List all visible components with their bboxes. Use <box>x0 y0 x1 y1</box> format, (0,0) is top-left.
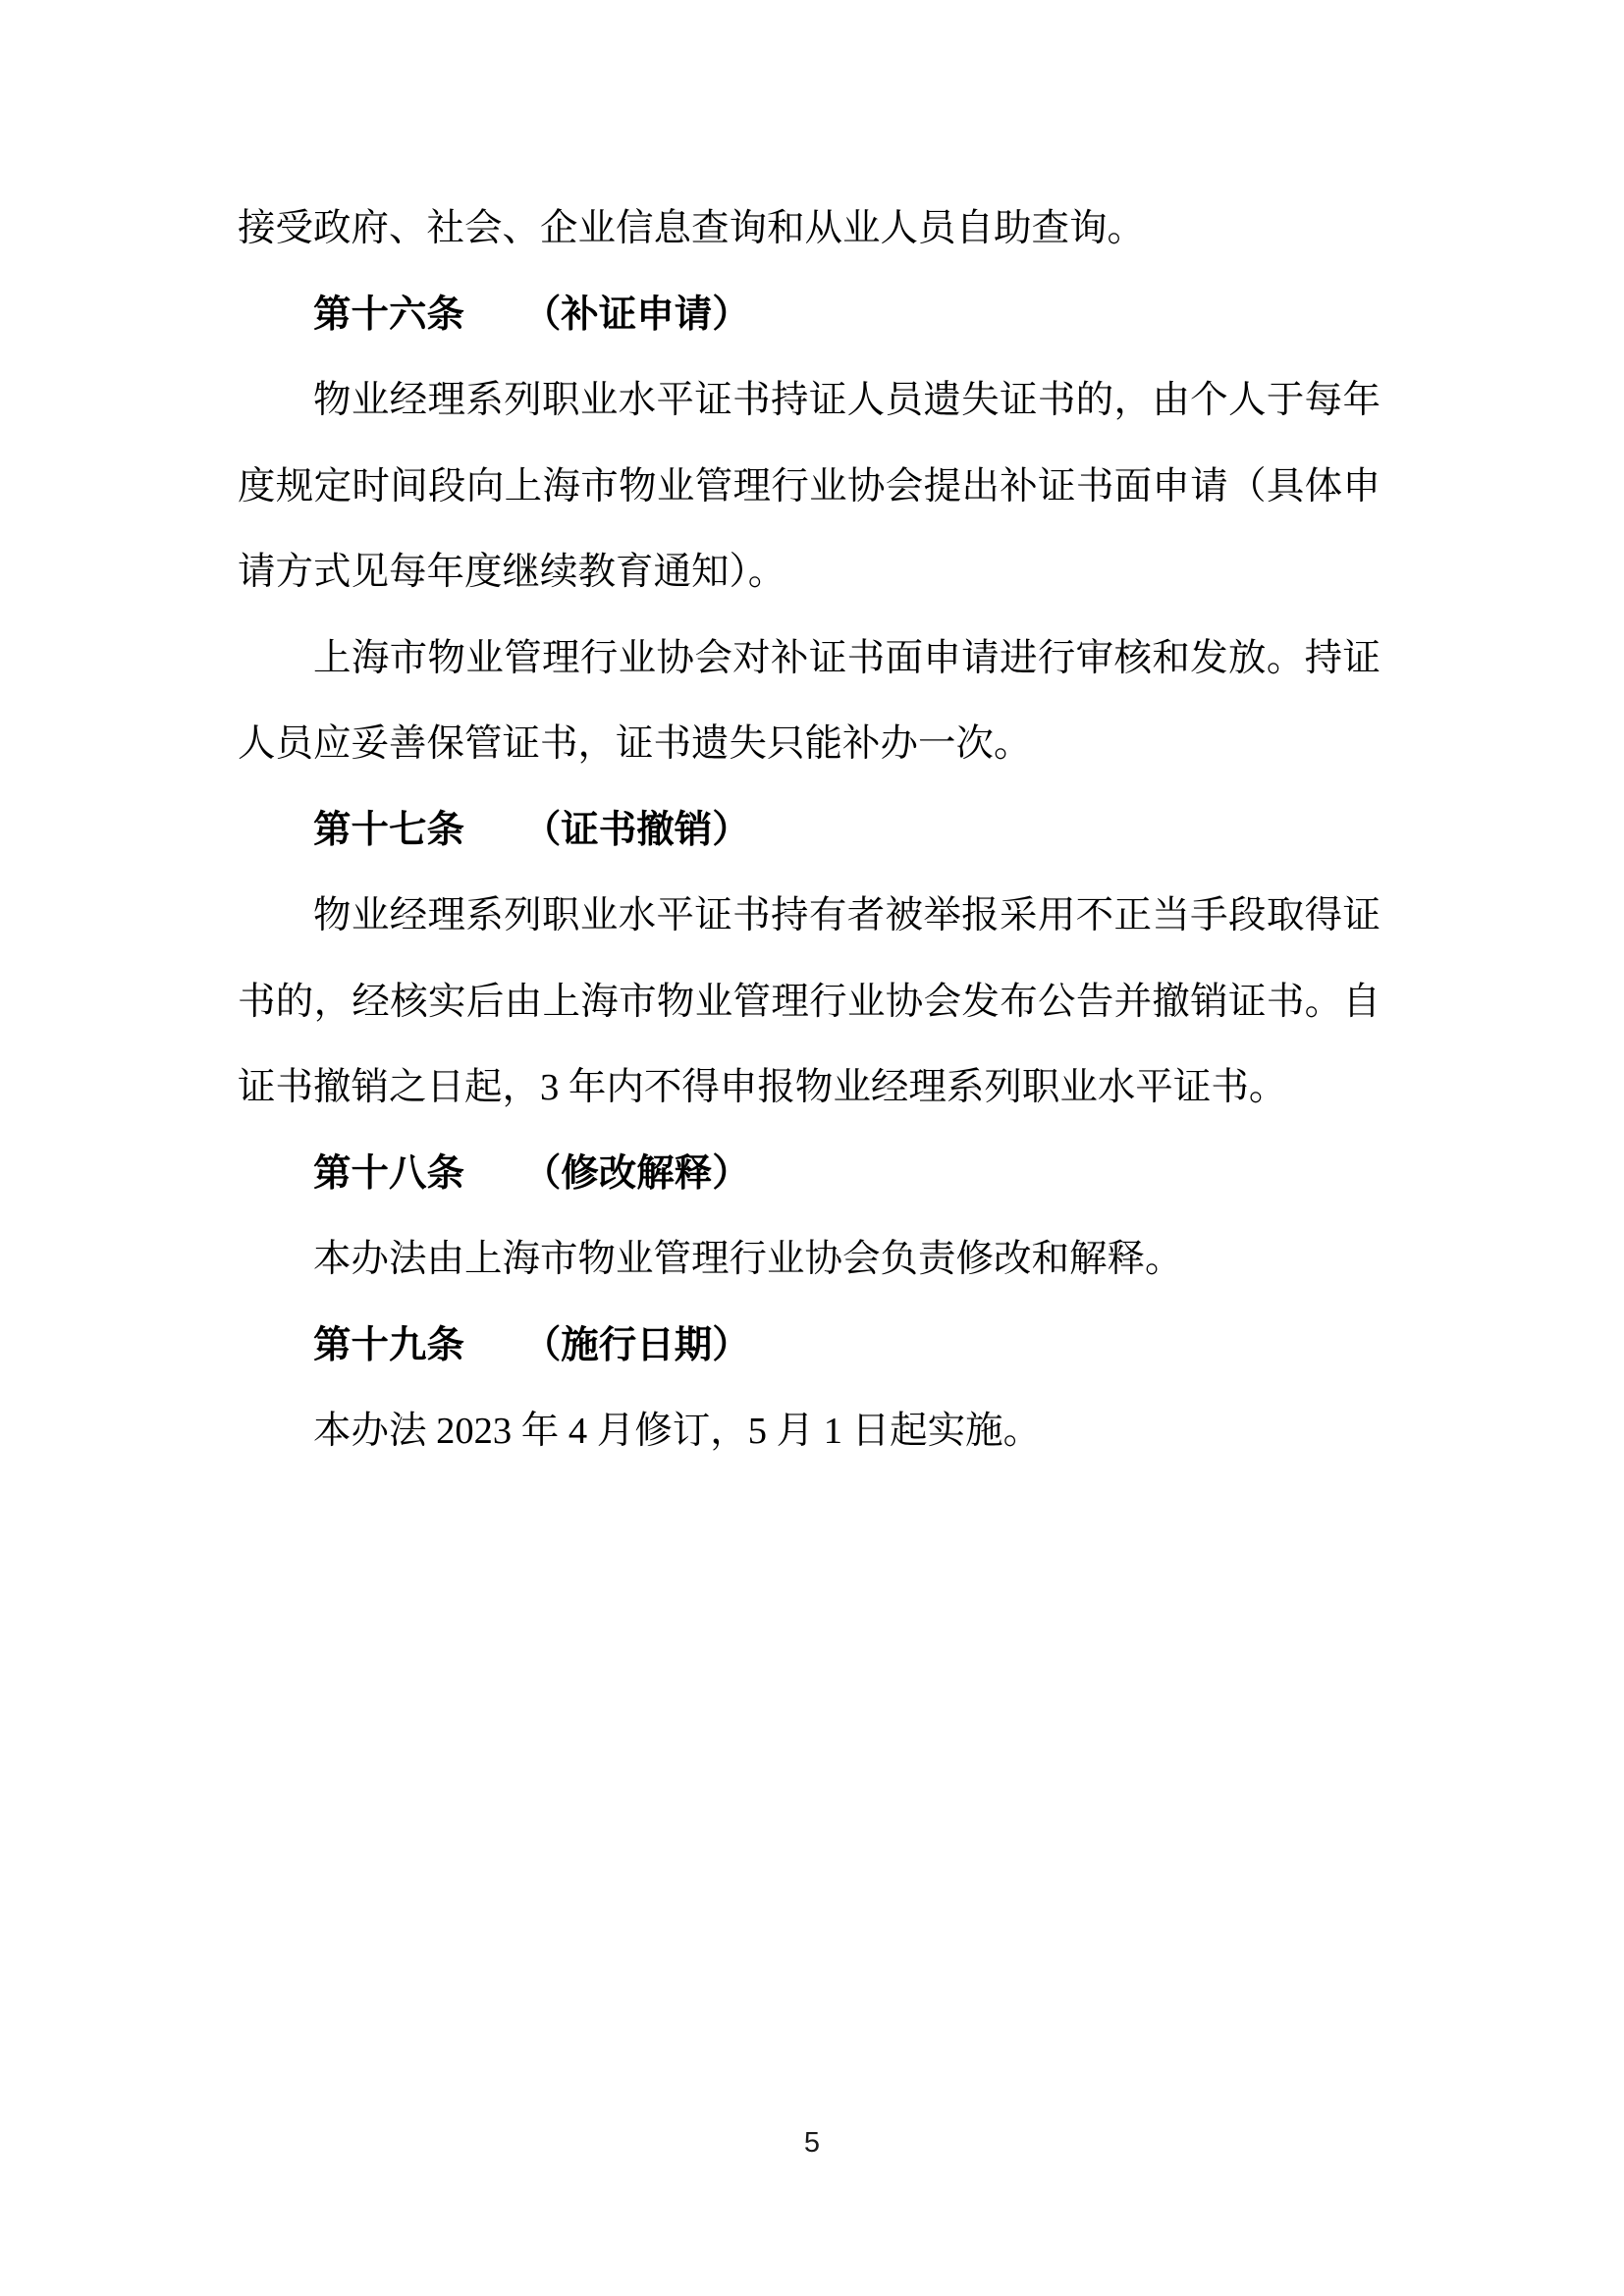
article-17-heading: 第十七条（证书撤销） <box>238 788 1380 875</box>
article-18-paragraph-1: 本办法由上海市物业管理行业协会负责修改和解释。 <box>238 1217 1380 1304</box>
article-16-number: 第十六条 <box>313 294 464 336</box>
article-17-title: （证书撤销） <box>523 810 750 851</box>
article-16-heading: 第十六条（补证申请） <box>238 273 1380 359</box>
page-number: 5 <box>0 2126 1624 2160</box>
article-18-number: 第十八条 <box>313 1153 464 1195</box>
article-16-paragraph-2: 上海市物业管理行业协会对补证书面申请进行审核和发放。持证人员应妥善保管证书，证书… <box>238 616 1380 788</box>
article-17-number: 第十七条 <box>313 810 464 851</box>
article-19-heading: 第十九条（施行日期） <box>238 1304 1380 1390</box>
article-16-paragraph-1: 物业经理系列职业水平证书持证人员遗失证书的，由个人于每年度规定时间段向上海市物业… <box>238 358 1380 616</box>
article-18-title: （修改解释） <box>523 1153 750 1195</box>
article-16-title: （补证申请） <box>523 294 750 336</box>
article-17-paragraph-1: 物业经理系列职业水平证书持有者被举报采用不正当手段取得证书的，经核实后由上海市物… <box>238 874 1380 1132</box>
document-page: 接受政府、社会、企业信息查询和从业人员自助查询。 第十六条（补证申请） 物业经理… <box>0 0 1624 2296</box>
article-19-title: （施行日期） <box>523 1325 750 1366</box>
article-19-number: 第十九条 <box>313 1325 464 1366</box>
paragraph-carryover: 接受政府、社会、企业信息查询和从业人员自助查询。 <box>238 187 1380 273</box>
document-body: 接受政府、社会、企业信息查询和从业人员自助查询。 第十六条（补证申请） 物业经理… <box>238 187 1380 1475</box>
article-19-paragraph-1: 本办法 2023 年 4 月修订，5 月 1 日起实施。 <box>238 1389 1380 1475</box>
article-18-heading: 第十八条（修改解释） <box>238 1132 1380 1218</box>
